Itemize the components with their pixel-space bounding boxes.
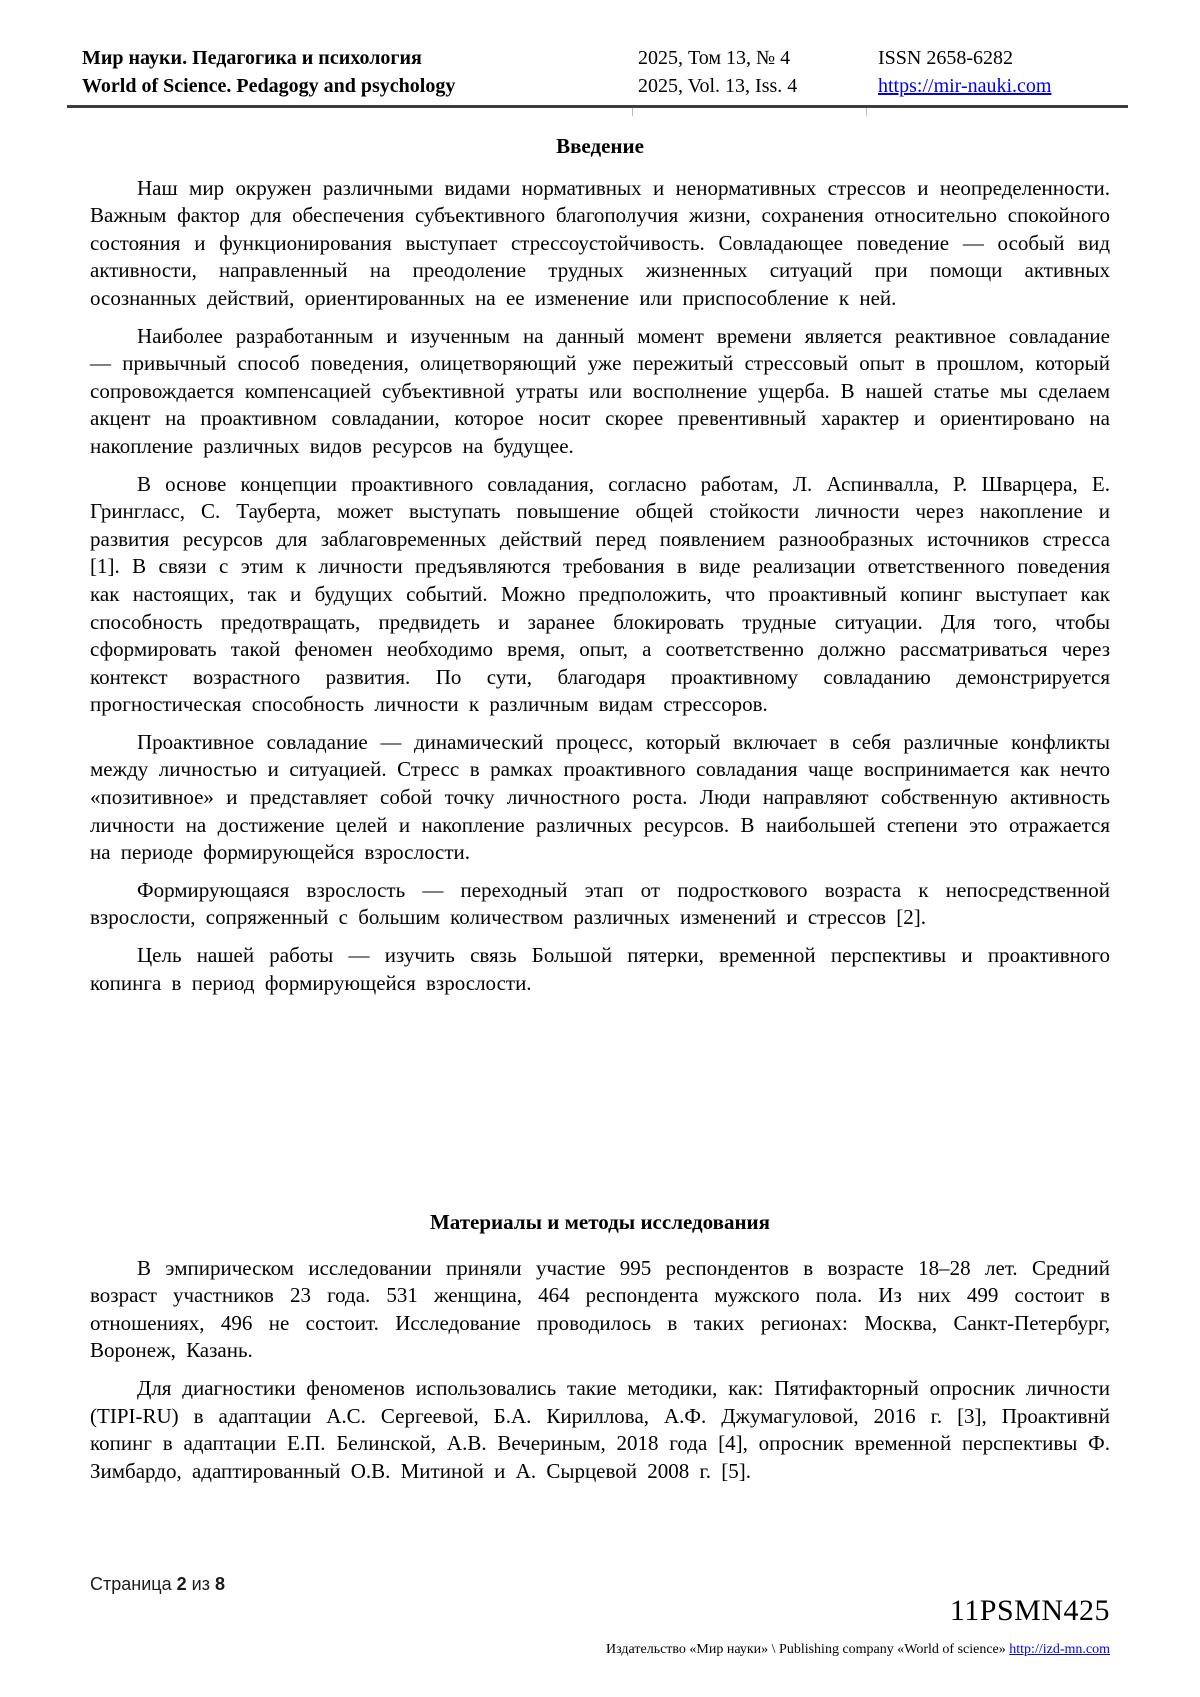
page-number: Страница 2 из 8 [90, 1574, 225, 1595]
section-heading-introduction: Введение [90, 133, 1110, 161]
header-column-divider [866, 108, 867, 116]
journal-title-ru: Мир науки. Педагогика и психология [82, 44, 638, 72]
publisher-text: Издательство «Мир науки» \ Publishing co… [606, 1642, 1006, 1657]
paragraph: Формирующаяся взрослость — переходный эт… [90, 877, 1110, 932]
page-total: 8 [215, 1574, 225, 1594]
section-introduction: Введение Наш мир окружен различными вида… [90, 133, 1110, 1195]
issn-block: ISSN 2658-6282 https://mir-nauki.com [878, 44, 1118, 100]
page-of-word: из [192, 1574, 210, 1594]
paragraph: В основе концепции проактивного совладан… [90, 471, 1110, 719]
issn-label: ISSN 2658-6282 [878, 44, 1118, 72]
paragraph: Проактивное совладание — динамический пр… [90, 729, 1110, 867]
header-column-divider [632, 108, 633, 116]
article-body: Введение Наш мир окружен различными вида… [90, 133, 1110, 1495]
page-word: Страница [90, 1574, 172, 1594]
section-materials-methods: Материалы и методы исследования В эмпири… [90, 1209, 1110, 1485]
journal-title-en: World of Science. Pedagogy and psycholog… [82, 72, 638, 100]
journal-site-link[interactable]: https://mir-nauki.com [878, 75, 1051, 97]
paragraph: В эмпирическом исследовании приняли учас… [90, 1255, 1110, 1365]
section-heading-materials-methods: Материалы и методы исследования [90, 1209, 1110, 1237]
paragraph: Наш мир окружен различными видами нормат… [90, 175, 1110, 313]
page-current: 2 [177, 1574, 187, 1594]
journal-title-block: Мир науки. Педагогика и психология World… [82, 44, 638, 100]
article-code: 11PSMN425 [950, 1594, 1110, 1628]
issue-info-block: 2025, Том 13, № 4 2025, Vol. 13, Iss. 4 [638, 44, 878, 100]
issue-info-en: 2025, Vol. 13, Iss. 4 [638, 72, 878, 100]
journal-header: Мир науки. Педагогика и психология World… [82, 44, 1118, 100]
paragraph: Цель нашей работы — изучить связь Большо… [90, 942, 1110, 997]
publisher-site-link[interactable]: http://izd-mn.com [1009, 1642, 1110, 1657]
paragraph: Для диагностики феноменов использовались… [90, 1375, 1110, 1485]
header-divider [67, 105, 1128, 108]
publisher-line: Издательство «Мир науки» \ Publishing co… [606, 1642, 1110, 1658]
issue-info-ru: 2025, Том 13, № 4 [638, 44, 878, 72]
document-page: Мир науки. Педагогика и психология World… [0, 0, 1200, 1697]
paragraph: Наиболее разработанным и изученным на да… [90, 323, 1110, 461]
